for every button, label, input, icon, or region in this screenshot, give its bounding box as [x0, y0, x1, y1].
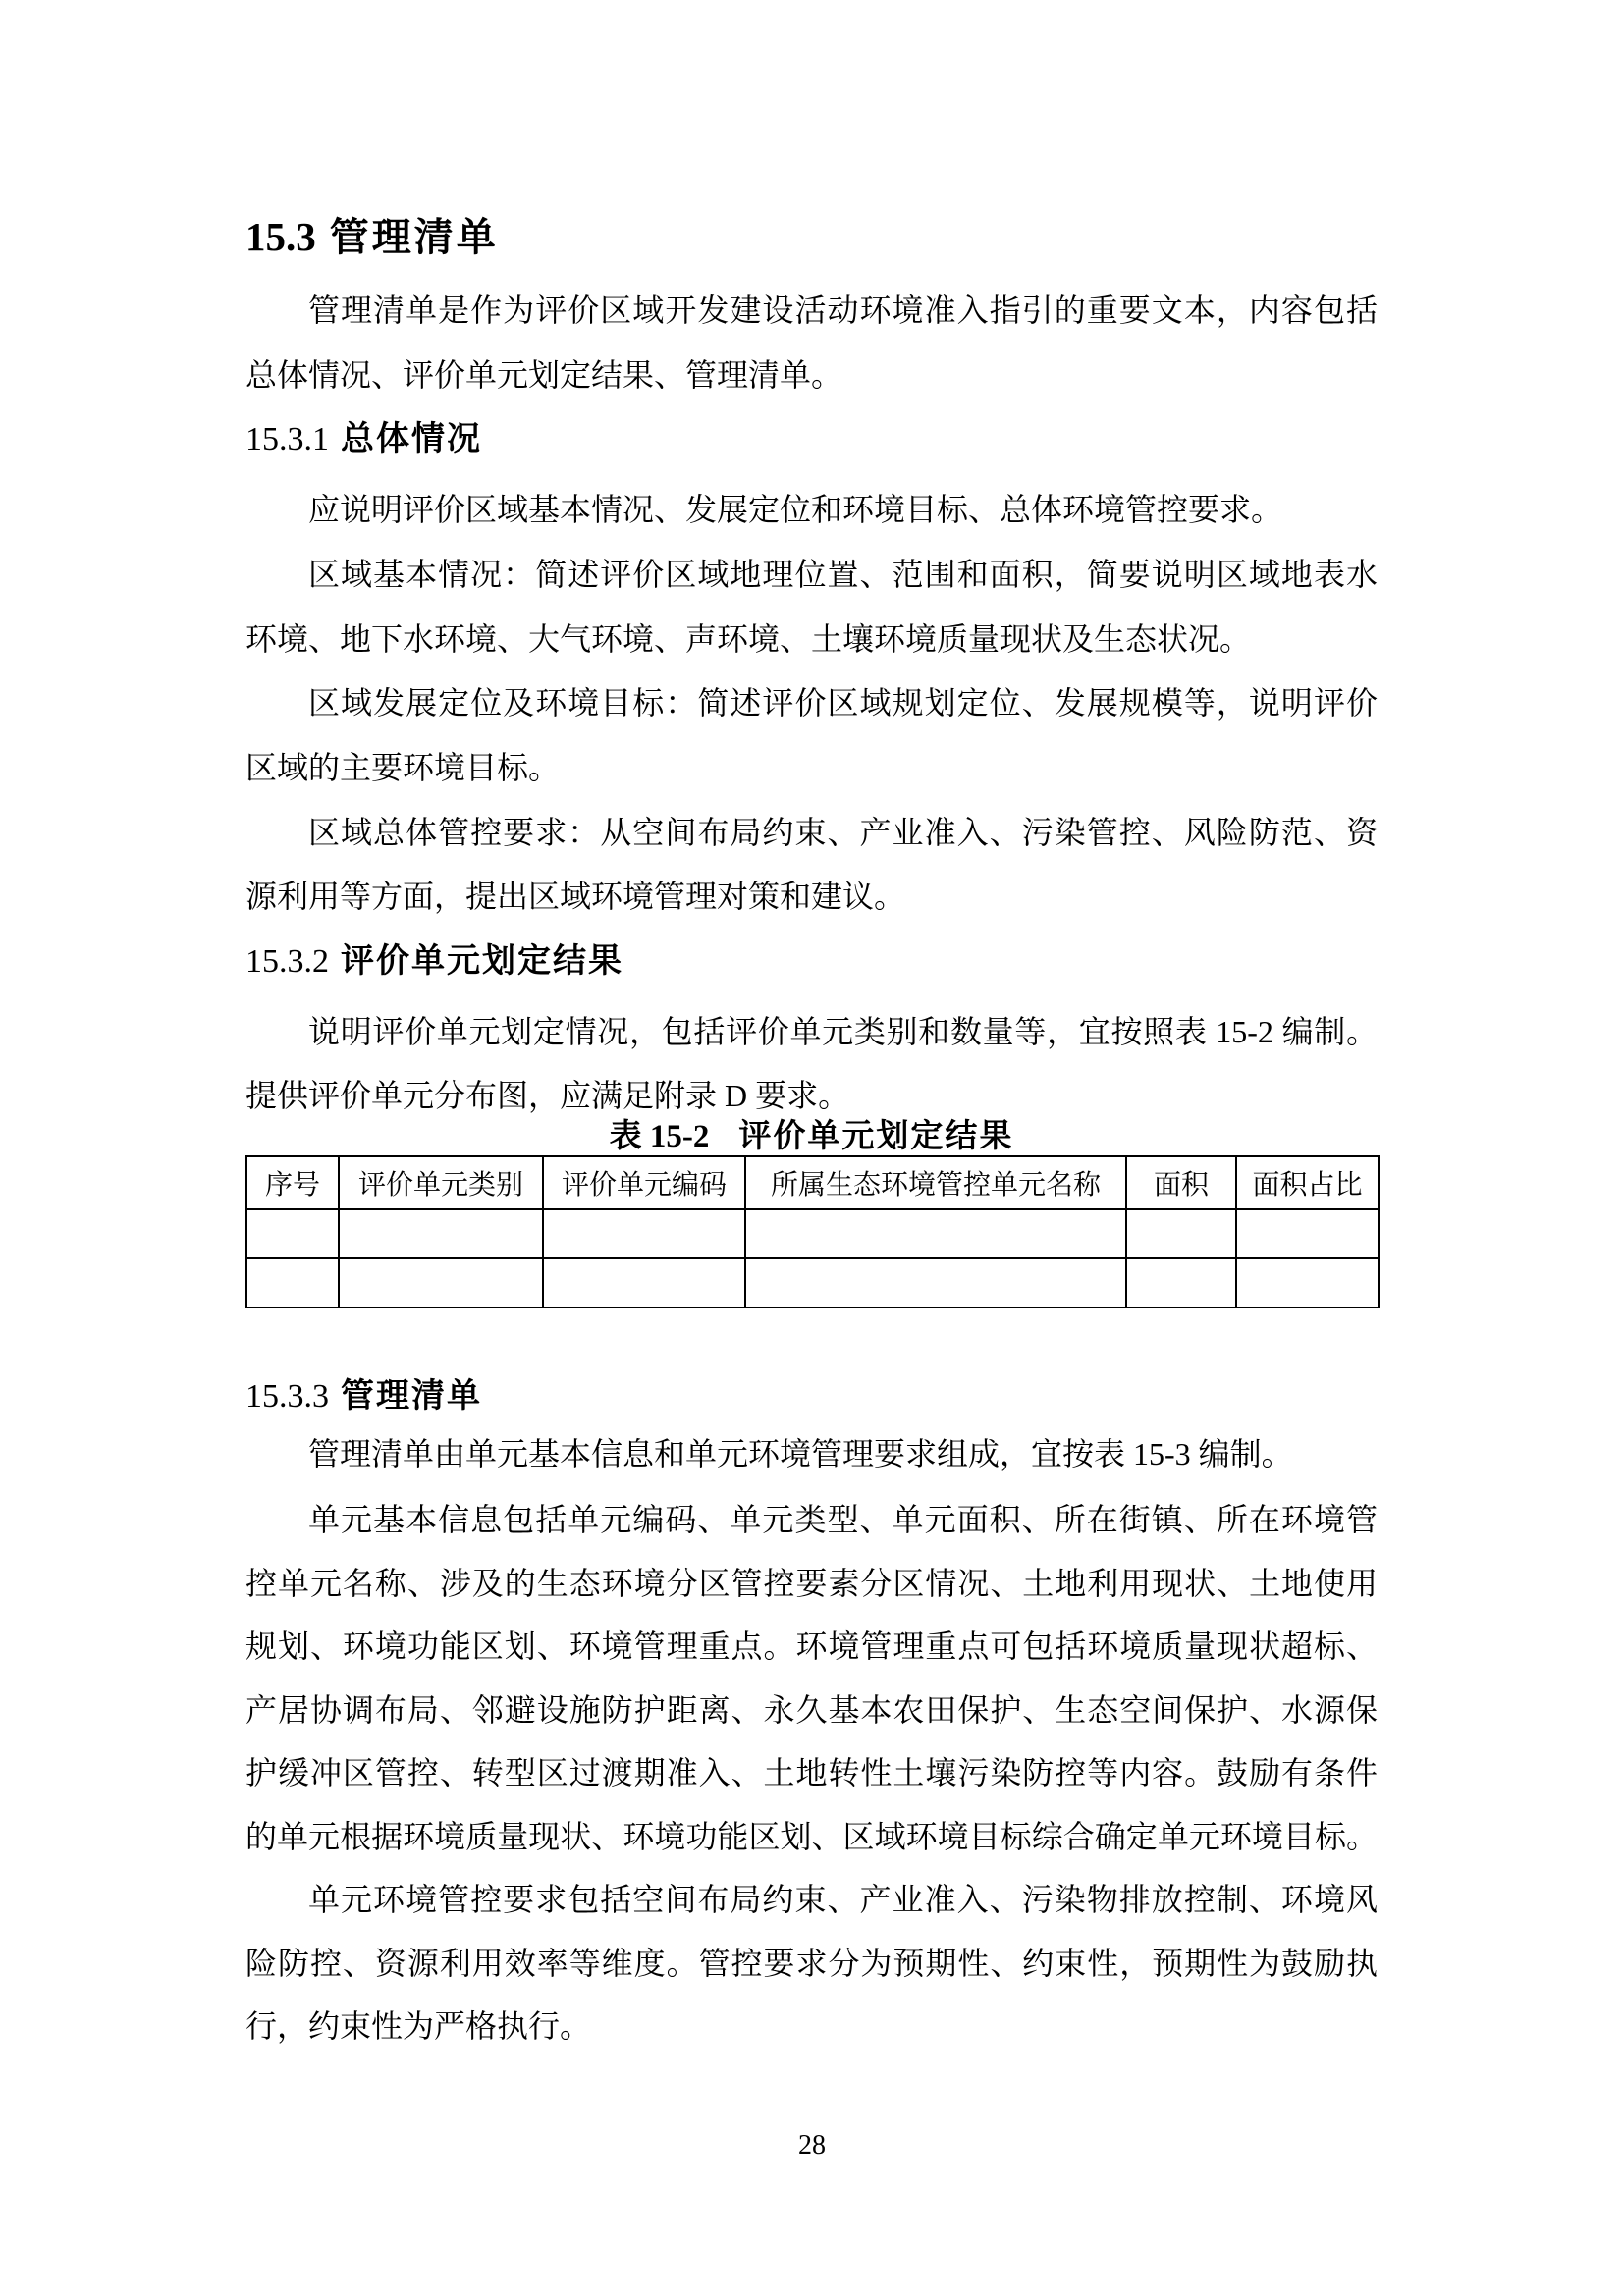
column-header: 所属生态环境管控单元名称: [745, 1156, 1126, 1209]
paragraph-line: 管理清单由单元基本信息和单元环境管理要求组成，宜按表 15-3 编制。: [245, 1422, 1378, 1487]
column-header: 评价单元编码: [543, 1156, 745, 1209]
table-cell: [1126, 1209, 1236, 1258]
table-row: [246, 1258, 1379, 1308]
paragraph-line: 单元基本信息包括单元编码、单元类型、单元面积、所在街镇、所在环境管: [245, 1488, 1378, 1552]
section-heading-15-3-2: 15.3.2评价单元划定结果: [245, 930, 1378, 1000]
section-heading-15-3-1: 15.3.1总体情况: [245, 407, 1378, 478]
paragraph-line: 单元环境管控要求包括空间布局约束、产业准入、污染物排放控制、环境风: [245, 1868, 1378, 1932]
section-number: 15.3.2: [245, 943, 329, 980]
column-header: 序号: [246, 1156, 339, 1209]
table-caption: 表 15-2 评价单元划定结果: [245, 1119, 1378, 1154]
section-title: 管理清单: [330, 216, 499, 259]
column-header: 面积: [1126, 1156, 1236, 1209]
table-cell: [543, 1258, 745, 1308]
table-cell: [339, 1258, 543, 1308]
table-cell: [246, 1258, 339, 1308]
table-cell: [1236, 1258, 1379, 1308]
paragraph-line: 区域基本情况：简述评价区域地理位置、范围和面积，简要说明区域地表水: [245, 543, 1378, 608]
table-cell: [745, 1209, 1126, 1258]
table-cell: [543, 1209, 745, 1258]
body-text-block-3: 单元基本信息包括单元编码、单元类型、单元面积、所在街镇、所在环境管 控单元名称、…: [245, 1488, 1378, 1869]
paragraph-line: 说明评价单元划定情况，包括评价单元类别和数量等，宜按照表 15-2 编制。: [245, 1000, 1378, 1065]
paragraph-line: 区域的主要环境目标。: [245, 736, 1378, 801]
body-text-block-2: 管理清单由单元基本信息和单元环境管理要求组成，宜按表 15-3 编制。: [245, 1422, 1378, 1487]
column-header: 面积占比: [1236, 1156, 1379, 1209]
table-caption-title: 评价单元划定结果: [738, 1119, 1013, 1154]
page-number: 28: [0, 2128, 1624, 2163]
paragraph-line: 源利用等方面，提出区域环境管理对策和建议。: [245, 865, 1378, 930]
table-cell: [339, 1209, 543, 1258]
table-row: [246, 1209, 1379, 1258]
paragraph-line: 环境、地下水环境、大气环境、声环境、土壤环境质量现状及生态状况。: [245, 608, 1378, 672]
table-cell: [246, 1209, 339, 1258]
section-heading-15-3: 15.3管理清单: [245, 210, 1378, 263]
table-cell: [1126, 1258, 1236, 1308]
section-number: 15.3.3: [245, 1378, 329, 1415]
paragraph-line: 行，约束性为严格执行。: [245, 1995, 1378, 2058]
section-title: 管理清单: [341, 1377, 482, 1415]
section-title: 评价单元划定结果: [341, 942, 623, 980]
table-15-2: 序号 评价单元类别 评价单元编码 所属生态环境管控单元名称 面积 面积占比: [245, 1155, 1380, 1308]
section-heading-15-3-3: 15.3.3管理清单: [245, 1372, 1378, 1419]
body-text-block-4: 单元环境管控要求包括空间布局约束、产业准入、污染物排放控制、环境风 险防控、资源…: [245, 1868, 1378, 2058]
paragraph-line: 产居协调布局、邻避设施防护距离、永久基本农田保护、生态空间保护、水源保: [245, 1679, 1378, 1742]
paragraph-line: 控单元名称、涉及的生态环境分区管控要素分区情况、土地利用现状、土地使用: [245, 1552, 1378, 1616]
paragraph-line: 管理清单是作为评价区域开发建设活动环境准入指引的重要文本，内容包括: [245, 279, 1378, 344]
paragraph-line: 护缓冲区管控、转型区过渡期准入、土地转性土壤污染防控等内容。鼓励有条件: [245, 1741, 1378, 1805]
paragraph-line: 应说明评价区域基本情况、发展定位和环境目标、总体环境管控要求。: [245, 478, 1378, 543]
section-title: 总体情况: [341, 420, 482, 457]
paragraph-line: 区域发展定位及环境目标：简述评价区域规划定位、发展规模等，说明评价: [245, 671, 1378, 736]
paragraph-line: 区域总体管控要求：从空间布局约束、产业准入、污染管控、风险防范、资: [245, 801, 1378, 866]
section-number: 15.3: [245, 214, 316, 259]
table-cell: [1236, 1209, 1379, 1258]
paragraph-line: 的单元根据环境质量现状、环境功能区划、区域环境目标综合确定单元环境目标。: [245, 1805, 1378, 1869]
table-header-row: 序号 评价单元类别 评价单元编码 所属生态环境管控单元名称 面积 面积占比: [246, 1156, 1379, 1209]
section-number: 15.3.1: [245, 421, 329, 457]
document-page: 15.3管理清单 管理清单是作为评价区域开发建设活动环境准入指引的重要文本，内容…: [0, 0, 1624, 2296]
body-text-block-1: 管理清单是作为评价区域开发建设活动环境准入指引的重要文本，内容包括 总体情况、评…: [245, 279, 1378, 1129]
table-cell: [745, 1258, 1126, 1308]
paragraph-line: 险防控、资源利用效率等维度。管控要求分为预期性、约束性，预期性为鼓励执: [245, 1932, 1378, 1996]
column-header: 评价单元类别: [339, 1156, 543, 1209]
table-caption-label: 表 15-2: [610, 1119, 710, 1154]
paragraph-line: 规划、环境功能区划、环境管理重点。环境管理重点可包括环境质量现状超标、: [245, 1615, 1378, 1679]
paragraph-line: 总体情况、评价单元划定结果、管理清单。: [245, 344, 1378, 408]
